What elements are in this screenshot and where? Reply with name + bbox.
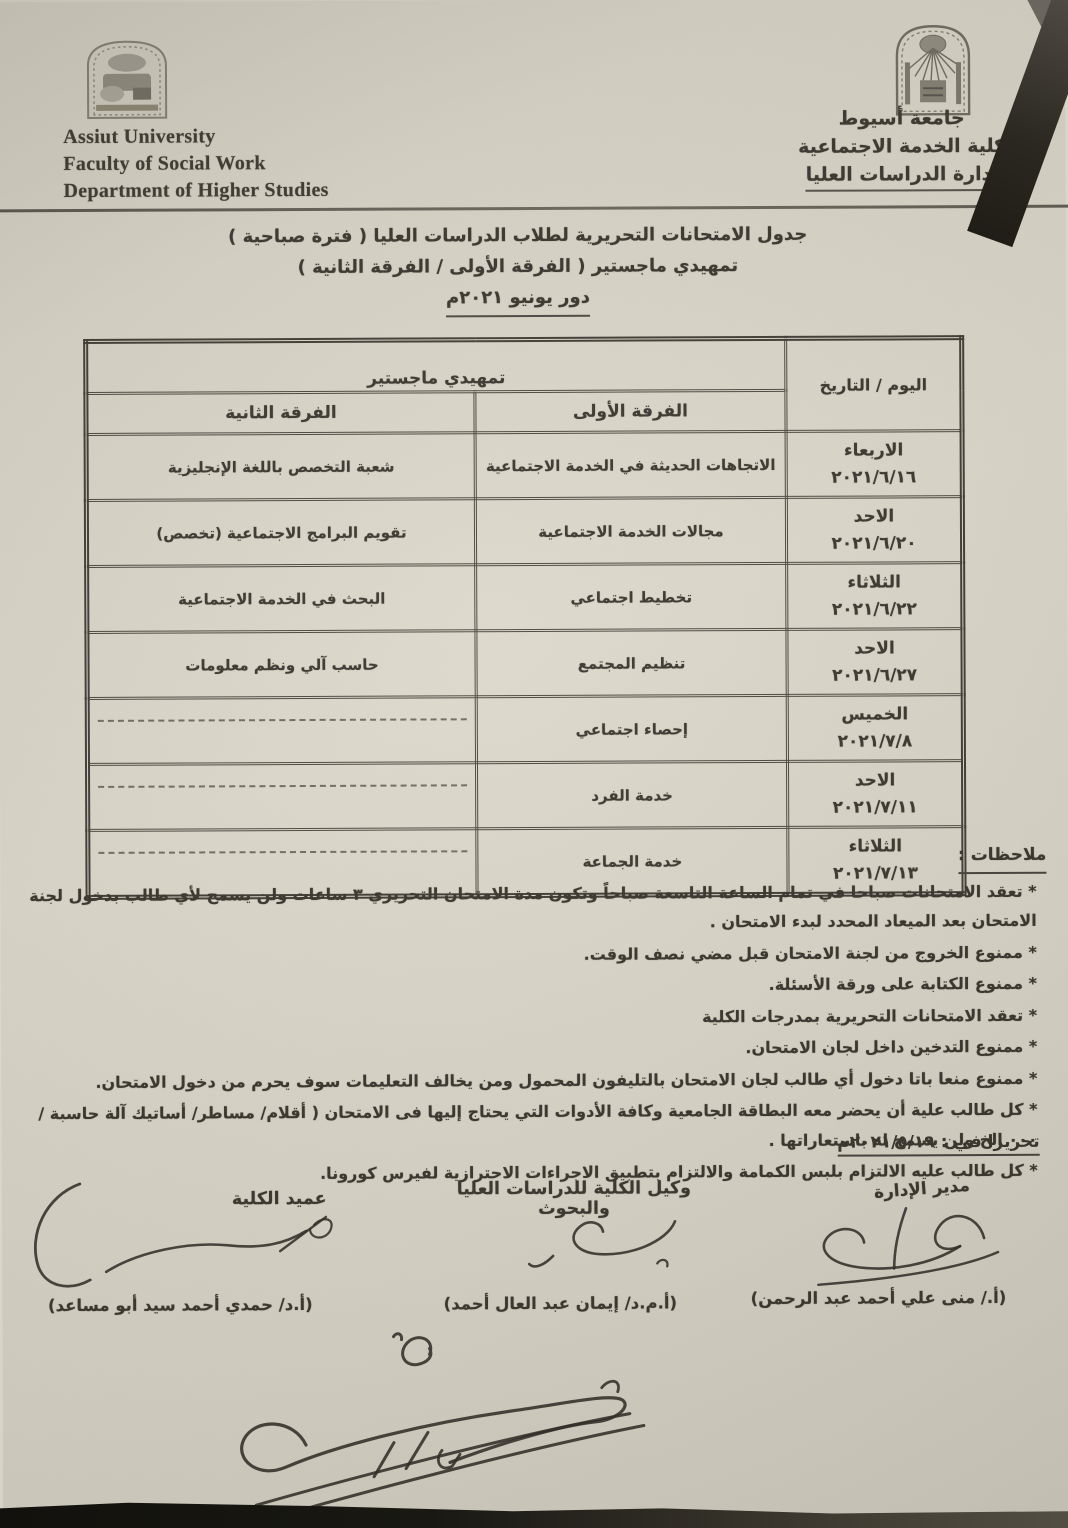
table-row: الاحد ٢٠٢١/٦/٢٧ تنظيم المجتمع حاسب آلي و… (87, 629, 963, 699)
arabic-header: جامعة أسيوط كلية الخدمة الاجتماعية إدارة… (798, 104, 1006, 192)
document-sheet: Assiut University Faculty of Social Work… (0, 0, 1068, 1528)
day-name: الخميس (793, 704, 957, 725)
day-date-cell: الثلاثاء ٢٠٢١/٦/٢٢ (787, 563, 963, 630)
day-date-cell: الاحد ٢٠٢١/٦/٢٠ (786, 497, 962, 564)
note-item: * ممنوع الكتابة على ورقة الأسئلة. (13, 969, 1037, 1003)
day-date-cell: الاحد ٢٠٢١/٧/١١ (787, 761, 963, 828)
table-row: الخميس ٢٠٢١/٧/٨ إحصاء اجتماعي (87, 695, 963, 765)
document-title: جدول الامتحانات التحريرية لطلاب الدراسات… (0, 218, 1038, 320)
grand-signature (197, 1325, 678, 1528)
col-header-first-year: الفرقة الأولى (475, 390, 786, 432)
second-year-subject: شعبة التخصص باللغة الإنجليزية (86, 433, 475, 501)
day-name: الاحد (792, 638, 956, 659)
ar-header-line1: جامعة أسيوط (798, 104, 1005, 133)
table-row: الاحد ٢٠٢١/٦/٢٠ مجالات الخدمة الاجتماعية… (86, 497, 962, 567)
note-item: * ممنوع الخروج من لجنة الامتحان قبل مضي … (13, 937, 1037, 971)
dean-signature (18, 1173, 354, 1306)
exam-date: ٢٠٢١/٦/٢٢ (792, 599, 956, 620)
first-year-subject: تنظيم المجتمع (476, 629, 787, 696)
no-exam-dash (98, 784, 468, 788)
table-row: الاحد ٢٠٢١/٧/١١ خدمة الفرد (87, 761, 963, 831)
second-year-subject: حاسب آلي ونظم معلومات (87, 631, 476, 699)
day-name: الاربعاء (792, 440, 956, 461)
day-name: الاحد (792, 506, 956, 527)
assiut-university-seal-icon (81, 36, 173, 126)
ar-header-line2: كلية الخدمة الاجتماعية (798, 132, 1005, 161)
signature-name-director: (أ./ منى علي أحمد عبد الرحمن) (751, 1288, 1007, 1308)
col-header-day-date: اليوم / التاريخ (786, 338, 962, 432)
day-date-cell: الاربعاء ٢٠٢١/٦/١٦ (786, 431, 962, 498)
english-header: Assiut University Faculty of Social Work… (63, 123, 329, 205)
table-row: الاربعاء ٢٠٢١/٦/١٦ الاتجاهات الحديثة في … (86, 431, 962, 501)
second-year-subject: البحث في الخدمة الاجتماعية (87, 565, 476, 633)
first-year-subject: خدمة الفرد (476, 761, 787, 828)
exam-schedule-table: اليوم / التاريخ تمهيدي ماجستير الفرقة ال… (83, 335, 966, 900)
second-year-subject-empty (87, 763, 476, 831)
col-header-group: تمهيدي ماجستير (86, 338, 786, 393)
table-row: الثلاثاء ٢٠٢١/٦/٢٢ تخطيط اجتماعي البحث ف… (87, 563, 963, 633)
day-date-cell: الخميس ٢٠٢١/٧/٨ (787, 695, 963, 762)
issued-date-line: تحريرا في : ٢٠٢١/٥/١٩م (837, 1132, 1040, 1157)
ar-header-line3: إدارة الدراسات العليا (806, 160, 998, 192)
second-year-subject: تقويم البرامج الاجتماعية (تخصص) (86, 499, 475, 567)
en-header-line1: Assiut University (63, 123, 328, 151)
exam-date: ٢٠٢١/٦/١٦ (792, 467, 956, 488)
no-exam-dash (97, 718, 467, 722)
en-header-line3: Department of Higher Studies (63, 177, 328, 205)
title-line2: تمهيدي ماجستير ( الفرقة الأولى / الفرقة … (0, 249, 1038, 285)
note-item: * ممنوع التدخين داخل لجان الامتحان. (13, 1032, 1037, 1066)
exam-date: ٢٠٢١/٧/٨ (793, 731, 957, 752)
note-item: * تعقد الامتحانات صباحا في تمام الساعة ا… (13, 876, 1037, 939)
day-name: الاحد (793, 770, 957, 791)
notes-heading: ملاحظات : (958, 841, 1047, 874)
director-signature (802, 1196, 1007, 1297)
first-year-subject: تخطيط اجتماعي (476, 563, 787, 630)
col-header-second-year: الفرقة الثانية (86, 392, 475, 435)
signature-name-vice-dean: (أ.م.د/ إيمان عبد العال أحمد) (440, 1293, 680, 1313)
second-year-subject-empty (87, 697, 476, 765)
exam-date: ٢٠٢١/٦/٢٠ (792, 533, 956, 554)
exam-date: ٢٠٢١/٧/١١ (793, 797, 957, 818)
signature-name-dean: (أ.د/ حمدي أحمد سيد أبو مساعد) (42, 1295, 318, 1315)
exam-date: ٢٠٢١/٦/٢٧ (793, 665, 957, 686)
en-header-line2: Faculty of Social Work (63, 150, 328, 178)
day-date-cell: الاحد ٢٠٢١/٦/٢٧ (787, 629, 963, 696)
scanned-document-page: Assiut University Faculty of Social Work… (0, 0, 1068, 1528)
title-line3: دور يونيو ٢٠٢١م (446, 282, 590, 318)
first-year-subject: إحصاء اجتماعي (476, 695, 787, 762)
title-line1: جدول الامتحانات التحريرية لطلاب الدراسات… (0, 218, 1038, 254)
vice-dean-signature (517, 1201, 707, 1277)
day-name: الثلاثاء (792, 572, 956, 593)
note-item: * ممنوع منعا باتا دخول أي طالب لجان الام… (13, 1063, 1037, 1097)
note-item: * تعقد الامتحانات التحريرية بمدرجات الكل… (13, 1000, 1037, 1034)
first-year-subject: الاتجاهات الحديثة في الخدمة الاجتماعية (475, 431, 786, 498)
first-year-subject: مجالات الخدمة الاجتماعية (475, 497, 786, 564)
header-divider-rule (0, 205, 1068, 213)
